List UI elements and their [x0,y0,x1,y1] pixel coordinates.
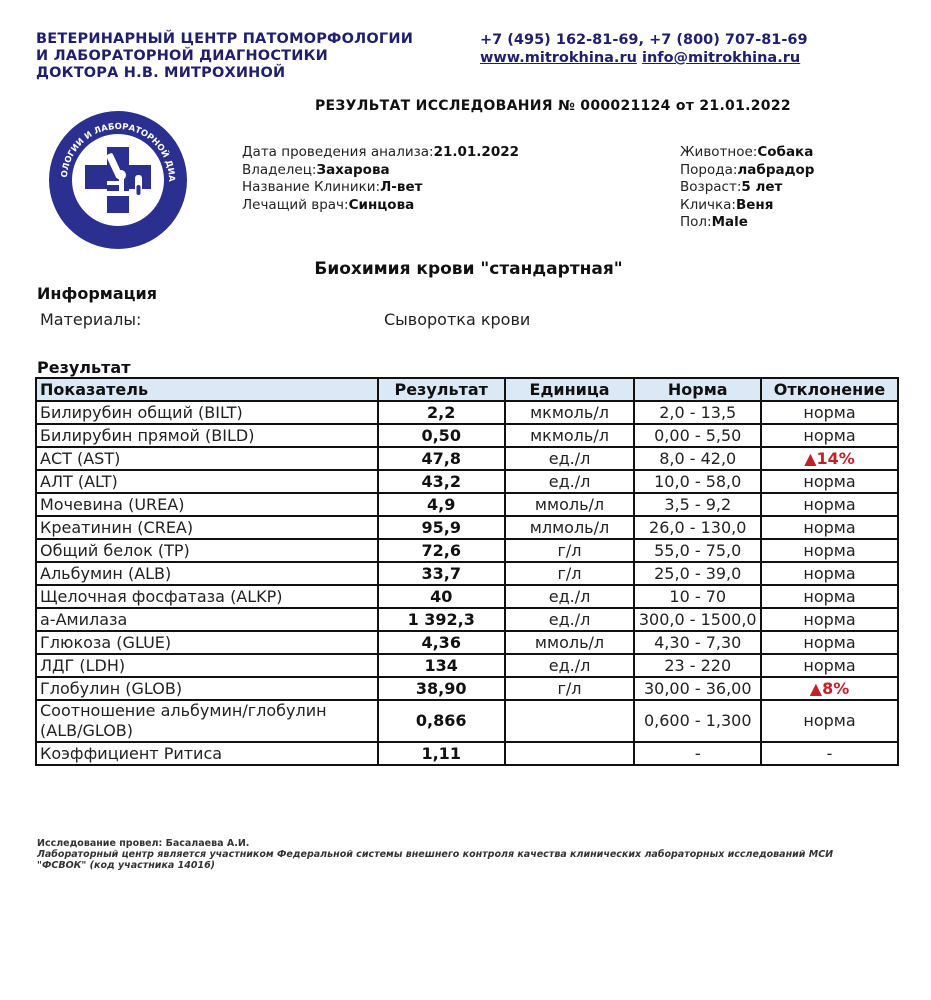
parameter-name-cell: Щелочная фосфатаза (ALKP) [36,585,378,608]
parameter-name-cell: Креатинин (CREA) [36,516,378,539]
breed: Порода:лабрадор [680,162,814,180]
parameter-name-cell: ЛДГ (LDH) [36,654,378,677]
table-row: Коэффициент Ритиса1,11-- [36,742,898,765]
accreditation-note-1: Лабораторный центр является участником Ф… [37,849,833,860]
parameter-name-cell: Билирубин прямой (BILD) [36,424,378,447]
deviation-cell: ▲8% [761,677,898,700]
table-row: Мочевина (UREA)4,9ммоль/л3,5 - 9,2норма [36,493,898,516]
norm-range-cell: 10 - 70 [634,585,761,608]
deviation-cell: норма [761,585,898,608]
deviation-cell: норма [761,539,898,562]
parameter-name-cell: Соотношение альбумин/глобулин (ALB/GLOB) [36,700,378,742]
deviation-cell: норма [761,562,898,585]
owner: Владелец:Захарова [242,162,519,180]
unit-cell: млмоль/л [505,516,635,539]
footer: Исследование провел: Басалаева А.И. Лабо… [37,838,833,871]
materials-value: Сыворотка крови [384,310,530,329]
result-value-cell: 38,90 [378,677,505,700]
result-value-cell: 95,9 [378,516,505,539]
deviation-cell: норма [761,700,898,742]
norm-range-cell: 25,0 - 39,0 [634,562,761,585]
norm-range-cell: 300,0 - 1500,0 [634,608,761,631]
unit-cell: ммоль/л [505,493,635,516]
result-value-cell: 72,6 [378,539,505,562]
result-value-cell: 43,2 [378,470,505,493]
parameter-name-cell: Общий белок (TP) [36,539,378,562]
result-value-cell: 4,9 [378,493,505,516]
attending-doctor: Лечащий врач:Синцова [242,197,519,215]
norm-range-cell: 55,0 - 75,0 [634,539,761,562]
parameter-name-cell: АСТ (AST) [36,447,378,470]
table-row: Билирубин прямой (BILD)0,50мкмоль/л0,00 … [36,424,898,447]
parameter-name-cell: Мочевина (UREA) [36,493,378,516]
parameter-name-cell: а-Амилаза [36,608,378,631]
table-row: а-Амилаза1 392,3ед./л300,0 - 1500,0норма [36,608,898,631]
deviation-cell: норма [761,493,898,516]
unit-cell: г/л [505,677,635,700]
norm-range-cell: 0,600 - 1,300 [634,700,761,742]
table-row: Билирубин общий (BILT)2,2мкмоль/л2,0 - 1… [36,401,898,424]
info-heading: Информация [37,284,157,303]
result-value-cell: 0,866 [378,700,505,742]
phones: +7 (495) 162-81-69, +7 (800) 707-81-69 [480,31,808,49]
table-row: Соотношение альбумин/глобулин (ALB/GLOB)… [36,700,898,742]
age: Возраст:5 лет [680,179,814,197]
animal-species: Животное:Собака [680,144,814,162]
table-row: ЛДГ (LDH)134ед./л23 - 220норма [36,654,898,677]
table-row: Альбумин (ALB)33,7г/л25,0 - 39,0норма [36,562,898,585]
org-line-3: ДОКТОРА Н.В. МИТРОХИНОЙ [36,65,413,82]
parameter-name-cell: Альбумин (ALB) [36,562,378,585]
patient-info-left: Дата проведения анализа:21.01.2022 Владе… [242,144,519,214]
organization-name: ВЕТЕРИНАРНЫЙ ЦЕНТР ПАТОМОРФОЛОГИИ И ЛАБО… [36,31,413,82]
norm-range-cell: 0,00 - 5,50 [634,424,761,447]
col-header-parameter: Показатель [36,378,378,401]
unit-cell: г/л [505,539,635,562]
unit-cell: ед./л [505,608,635,631]
deviation-cell: норма [761,470,898,493]
unit-cell: ед./л [505,470,635,493]
unit-cell: ед./л [505,585,635,608]
unit-cell [505,742,635,765]
unit-cell: мкмоль/л [505,424,635,447]
result-value-cell: 0,50 [378,424,505,447]
result-value-cell: 33,7 [378,562,505,585]
table-row: Глюкоза (GLUE)4,36ммоль/л4,30 - 7,30норм… [36,631,898,654]
unit-cell: ммоль/л [505,631,635,654]
parameter-name-cell: Глюкоза (GLUE) [36,631,378,654]
results-table: Показатель Результат Единица Норма Откло… [35,377,899,766]
deviation-cell: норма [761,401,898,424]
unit-cell [505,700,635,742]
result-value-cell: 1 392,3 [378,608,505,631]
norm-range-cell: 3,5 - 9,2 [634,493,761,516]
deviation-cell: норма [761,516,898,539]
result-value-cell: 1,11 [378,742,505,765]
unit-cell: г/л [505,562,635,585]
table-row: Общий белок (TP)72,6г/л55,0 - 75,0норма [36,539,898,562]
unit-cell: мкмоль/л [505,401,635,424]
parameter-name-cell: Коэффициент Ритиса [36,742,378,765]
table-row: АСТ (AST)47,8ед./л8,0 - 42,0▲14% [36,447,898,470]
result-value-cell: 47,8 [378,447,505,470]
table-header-row: Показатель Результат Единица Норма Откло… [36,378,898,401]
norm-range-cell: 4,30 - 7,30 [634,631,761,654]
materials-label: Материалы: [40,310,141,329]
result-value-cell: 4,36 [378,631,505,654]
norm-range-cell: 26,0 - 130,0 [634,516,761,539]
deviation-cell: - [761,742,898,765]
unit-cell: ед./л [505,447,635,470]
table-row: Глобулин (GLOB)38,90г/л30,00 - 36,00▲8% [36,677,898,700]
clinic-name: Название Клиники:Л-вет [242,179,519,197]
parameter-name-cell: АЛТ (ALT) [36,470,378,493]
col-header-deviation: Отклонение [761,378,898,401]
pet-name: Кличка:Веня [680,197,814,215]
patient-info-right: Животное:Собака Порода:лабрадор Возраст:… [680,144,814,232]
table-row: Щелочная фосфатаза (ALKP)40ед./л10 - 70н… [36,585,898,608]
result-value-cell: 40 [378,585,505,608]
report-title: РЕЗУЛЬТАТ ИССЛЕДОВАНИЯ № 000021124 от 21… [315,98,791,114]
result-value-cell: 2,2 [378,401,505,424]
parameter-name-cell: Билирубин общий (BILT) [36,401,378,424]
col-header-norm: Норма [634,378,761,401]
deviation-cell: норма [761,631,898,654]
microscope-cross-logo: ПАТОМОРФОЛОГИИ И ЛАБОРАТОРНОЙ ДИАГНОСТИК… [47,109,189,251]
norm-range-cell: 30,00 - 36,00 [634,677,761,700]
norm-range-cell: - [634,742,761,765]
deviation-cell: норма [761,424,898,447]
email-link[interactable]: info@mitrokhina.ru [642,50,800,66]
results-heading: Результат [37,358,130,377]
norm-range-cell: 23 - 220 [634,654,761,677]
table-row: Креатинин (CREA)95,9млмоль/л26,0 - 130,0… [36,516,898,539]
results-table-body: Билирубин общий (BILT)2,2мкмоль/л2,0 - 1… [36,401,898,765]
result-value-cell: 134 [378,654,505,677]
table-row: АЛТ (ALT)43,2ед./л10,0 - 58,0норма [36,470,898,493]
website-link[interactable]: www.mitrokhina.ru [480,50,637,66]
deviation-cell: норма [761,608,898,631]
accreditation-note-2: "ФСВОК" (код участника 14016) [37,860,833,871]
norm-range-cell: 2,0 - 13,5 [634,401,761,424]
norm-range-cell: 10,0 - 58,0 [634,470,761,493]
analysis-date: Дата проведения анализа:21.01.2022 [242,144,519,162]
deviation-cell: норма [761,654,898,677]
deviation-cell: ▲14% [761,447,898,470]
analysis-title: Биохимия крови "стандартная" [0,259,931,279]
contacts: +7 (495) 162-81-69, +7 (800) 707-81-69 w… [480,31,808,67]
parameter-name-cell: Глобулин (GLOB) [36,677,378,700]
col-header-unit: Единица [505,378,635,401]
org-line-2: И ЛАБОРАТОРНОЙ ДИАГНОСТИКИ [36,48,413,65]
performed-by: Исследование провел: Басалаева А.И. [37,838,833,849]
sex: Пол:Male [680,214,814,232]
norm-range-cell: 8,0 - 42,0 [634,447,761,470]
org-line-1: ВЕТЕРИНАРНЫЙ ЦЕНТР ПАТОМОРФОЛОГИИ [36,31,413,48]
col-header-result: Результат [378,378,505,401]
unit-cell: ед./л [505,654,635,677]
